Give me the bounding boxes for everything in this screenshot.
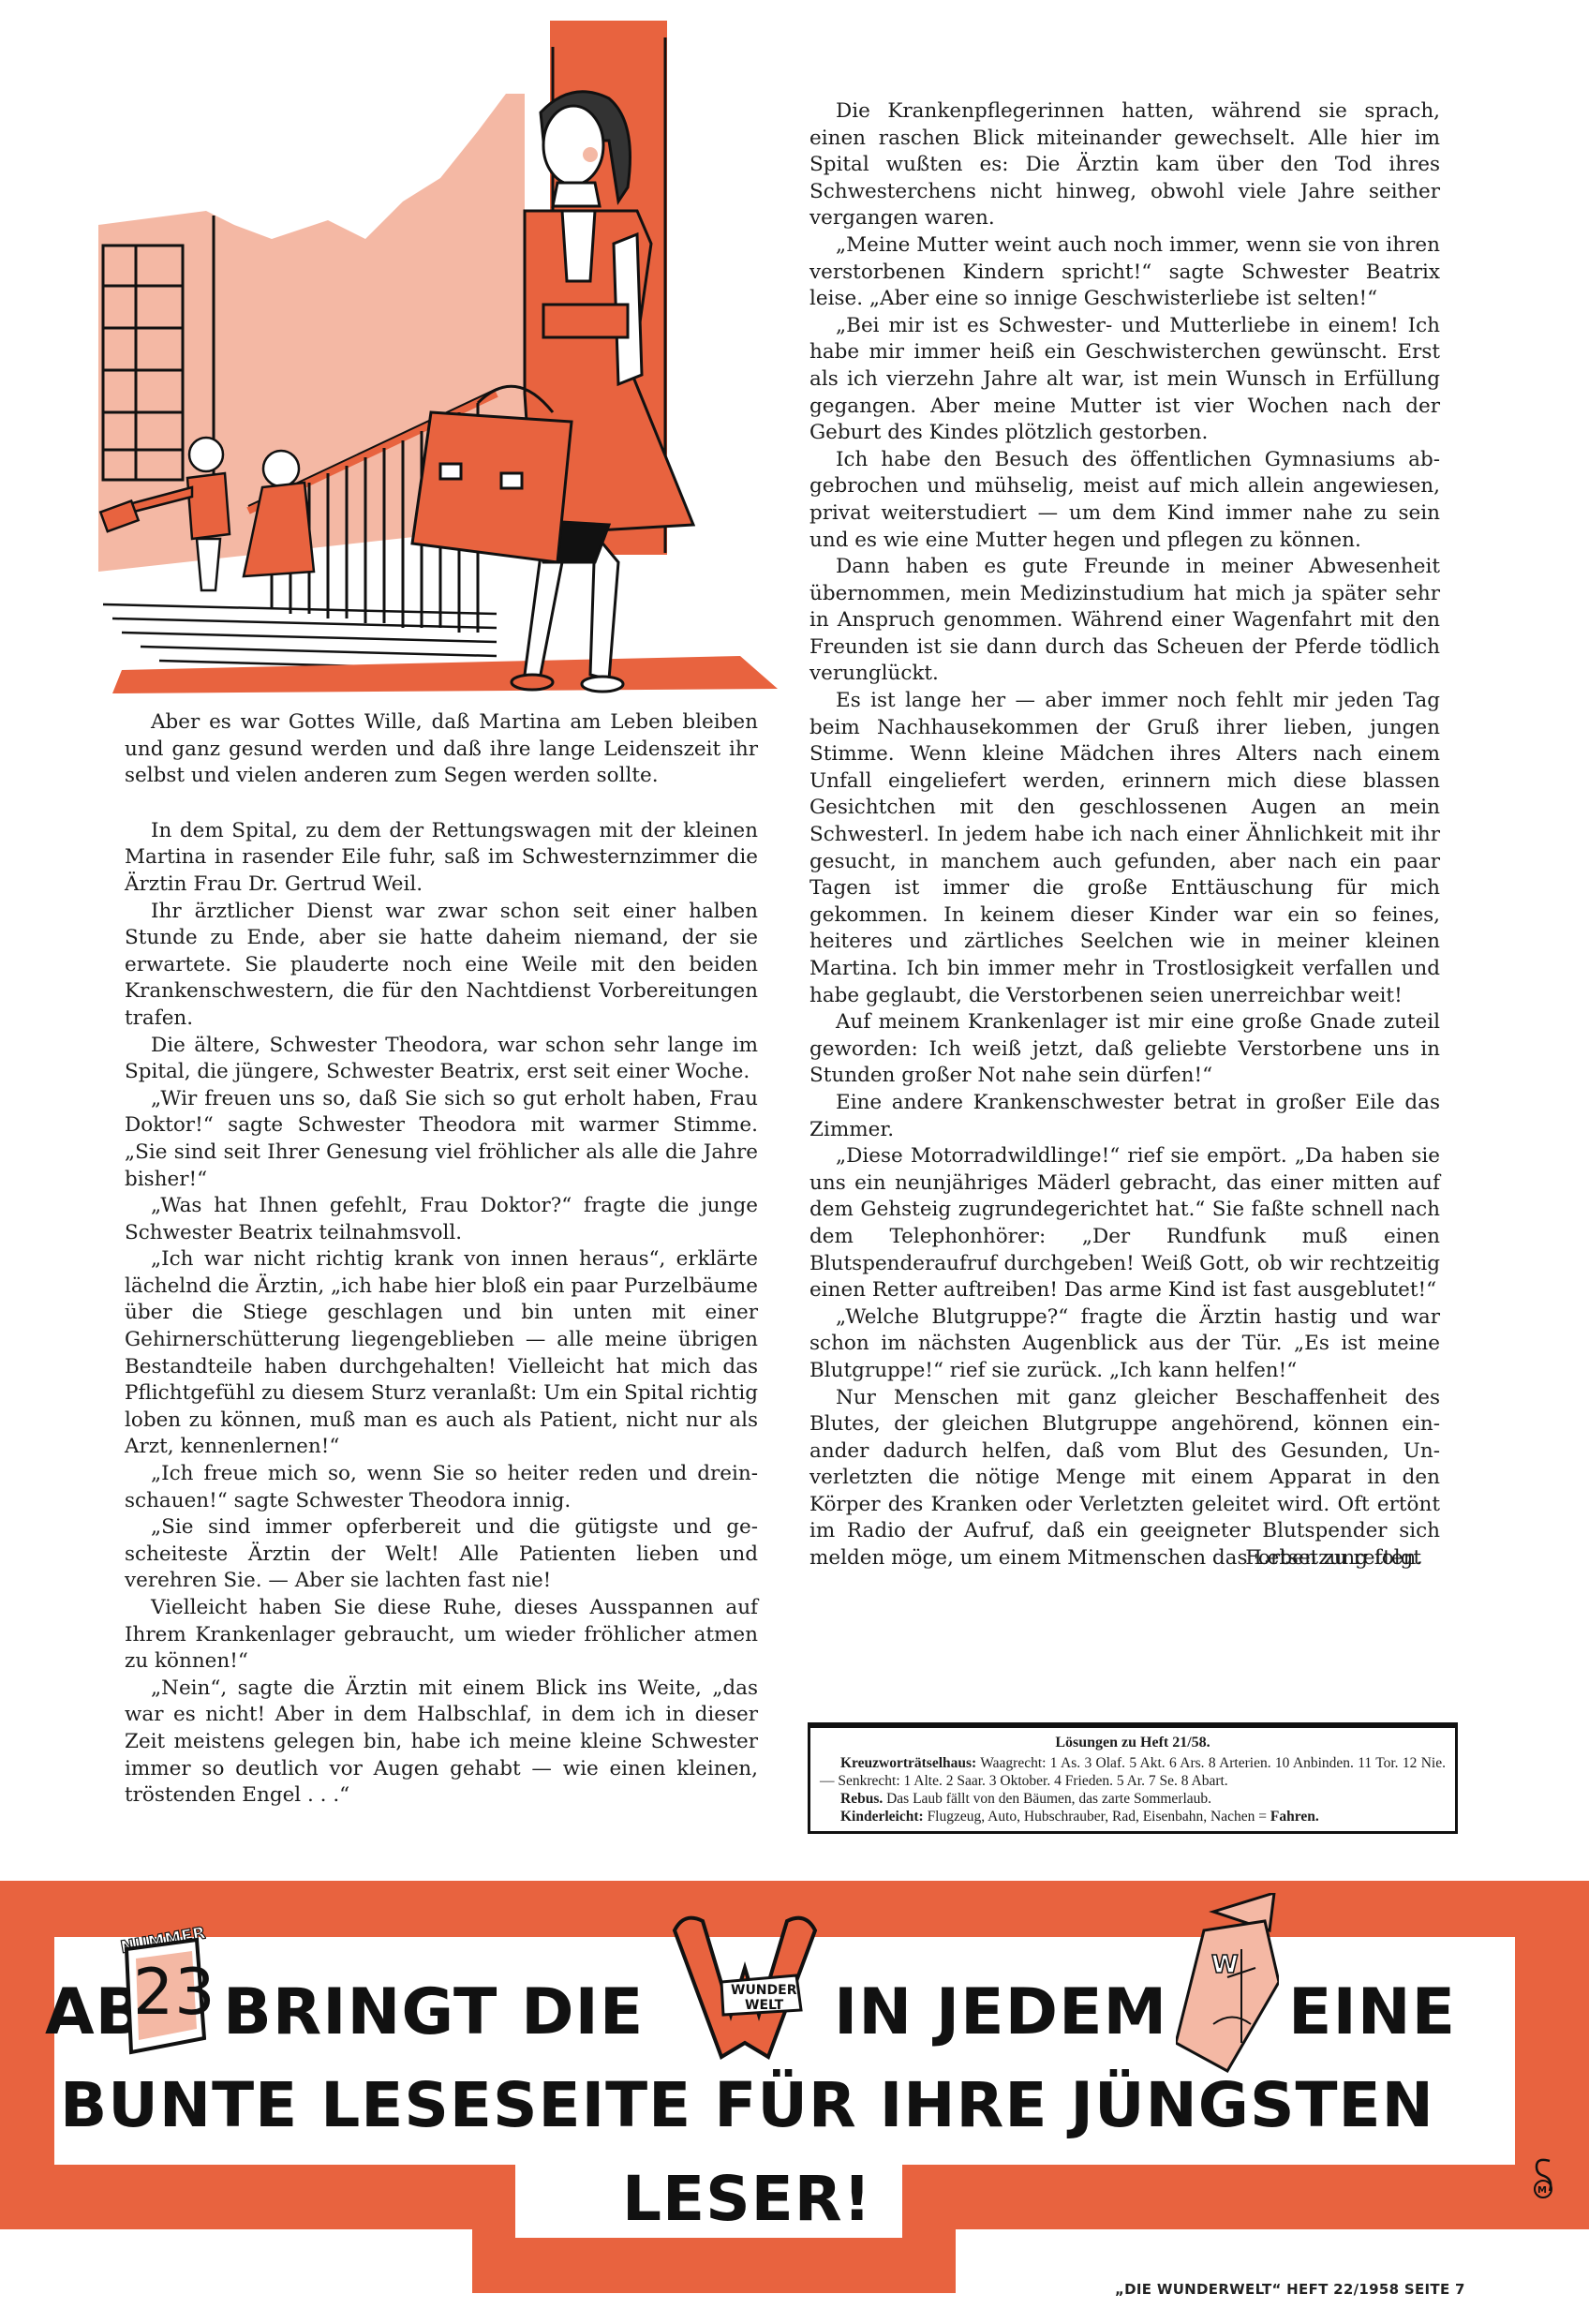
story-paragraph: „Diese Motorradwildlinge!“ rief sie empö… [809,1143,1440,1304]
story-paragraph: „Wir freuen uns so, daß Sie sich so gut … [125,1086,758,1193]
rebus-label: Rebus. [840,1791,883,1807]
svg-text:WUNDER: WUNDER [731,1983,797,1998]
story-paragraph: „Was hat Ihnen gefehlt, Frau Doktor?“ fr… [125,1193,758,1246]
kinder-equals: = [1258,1809,1267,1825]
kinder-item: Auto, [988,1809,1020,1825]
kinderleicht-solution: Kinderleicht: Flugzeug, Auto, Hubschraub… [820,1808,1446,1825]
booklet-icon: W [1176,1893,1279,2080]
wunderwelt-logo-icon: WUNDER WELT [665,1902,824,2062]
issue-number: 23 [133,1956,216,2030]
banner-bringt-die: BRINGT DIE [223,1975,644,2049]
kinder-item: Nachen [1210,1809,1255,1825]
kinder-item: Flugzeug, [928,1809,986,1825]
story-paragraph: „Meine Mutter weint auch noch immer, wen… [809,232,1440,313]
puzzle-solutions-box: Lösungen zu Heft 21/58. Kreuzworträtselh… [808,1722,1458,1834]
story-paragraph: „Nein“, sagte die Ärztin mit einem Blick… [125,1676,758,1810]
banner-line2: BUNTE LESESEITE FÜR IHRE JÜNGSTEN [60,2069,1434,2141]
story-paragraph: Ich habe den Besuch des öffentlichen Gym… [809,447,1440,554]
girl-on-staircase-illustration [84,0,796,693]
rebus-text: Das Laub fällt von den Bäumen, das zarte… [886,1791,1211,1807]
crossword-label: Kreuzworträtselhaus: [840,1755,976,1771]
banner-in-jedem: IN JEDEM [834,1975,1167,2049]
story-paragraph: Es ist lange her — aber immer noch fehlt… [809,688,1440,1009]
rebus-solution: Rebus. Das Laub fällt von den Bäumen, da… [820,1790,1446,1808]
story-paragraph: „Ich freue mich so, wenn Sie so heiter r… [125,1461,758,1514]
story-paragraph: In dem Spital, zu dem der Rettungswagen … [125,818,758,899]
story-paragraph: „Welche Blutgruppe?“ fragte die Ärztin h… [809,1304,1440,1385]
story-right-column: Die Krankenpflegerinnen hatten, während … [809,98,1440,1572]
story-illustration [84,0,796,693]
kinder-answer: Fahren. [1270,1809,1319,1825]
story-paragraph: „Ich war nicht richtig krank von innen h… [125,1246,758,1461]
kinder-item: Eisenbahn, [1143,1809,1207,1825]
page-footer: „DIE WUNDERWELT“ HEFT 22/1958 SEITE 7 [1115,2281,1465,2298]
story-left-column: Aber es war Gottes Wille, daß Martina am… [125,709,758,1810]
svg-text:WELT: WELT [745,1998,784,2013]
story-paragraph: Nur Menschen mit ganz gleicher Beschaffe… [809,1385,1440,1572]
story-paragraph: Auf meinem Krankenlager ist mir eine gro… [809,1009,1440,1090]
kinder-item: Hubschrauber, [1024,1809,1108,1825]
story-paragraph: Eine andere Krankenschwester betrat in g… [809,1090,1440,1143]
story-paragraph: „Sie sind immer opferbereit und die güti… [125,1514,758,1595]
banner-eine: EINE [1288,1975,1456,2049]
story-paragraph: Aber es war Gottes Wille, daß Martina am… [125,709,758,790]
artist-signature-icon: M [1529,2155,1557,2206]
solutions-title: Lösungen zu Heft 21/58. [820,1734,1446,1751]
story-paragraph: Die ältere, Schwester Theodora, war scho… [125,1033,758,1086]
crossword-solution: Kreuzworträtselhaus: Waagrecht: 1 As. 3 … [820,1754,1446,1790]
kinderleicht-label: Kinderleicht: [840,1809,924,1825]
svg-text:M: M [1537,2185,1547,2196]
story-paragraph: Die Krankenpflegerinnen hatten, während … [809,98,1440,232]
story-paragraph: „Bei mir ist es Schwester- und Mutterlie… [809,313,1440,447]
kinder-item: Rad, [1112,1809,1139,1825]
story-paragraph: Dann haben es gute Freunde in meiner Abw… [809,554,1440,688]
story-paragraph: Ihr ärztlicher Dienst war zwar schon sei… [125,899,758,1033]
banner-leser: LESER! [622,2163,872,2235]
story-paragraph: Vielleicht haben Sie diese Ruhe, dieses … [125,1595,758,1676]
calendar-icon: NUMMER 23 [112,1898,206,2057]
